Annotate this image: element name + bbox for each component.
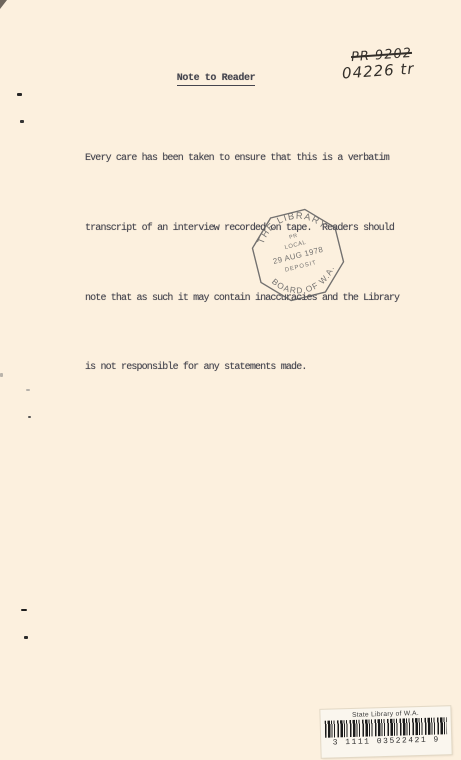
scan-speck	[26, 389, 30, 391]
stamp-line-pr: PR	[289, 233, 299, 241]
body-line: is not responsible for any statements ma…	[85, 356, 415, 379]
barcode-bars	[325, 717, 447, 737]
scan-speck	[17, 93, 22, 96]
barcode-label: State Library of W.A. 3 1111 03522421 9	[320, 706, 451, 758]
scan-speck	[24, 636, 28, 639]
scanned-document-page: PR 9202 04226 tr Note to Reader Every ca…	[0, 0, 461, 760]
scan-speck	[0, 373, 3, 377]
scan-speck	[21, 609, 27, 611]
scan-speck	[20, 120, 24, 123]
body-line: Every care has been taken to ensure that…	[85, 147, 415, 170]
scan-corner-mark	[0, 0, 7, 9]
page-title: Note to Reader	[86, 73, 346, 86]
handwritten-number: 04226 tr	[341, 59, 415, 82]
scan-speck	[28, 416, 31, 418]
body-line: note that as such it may contain inaccur…	[85, 287, 415, 310]
page-title-text: Note to Reader	[177, 73, 255, 86]
